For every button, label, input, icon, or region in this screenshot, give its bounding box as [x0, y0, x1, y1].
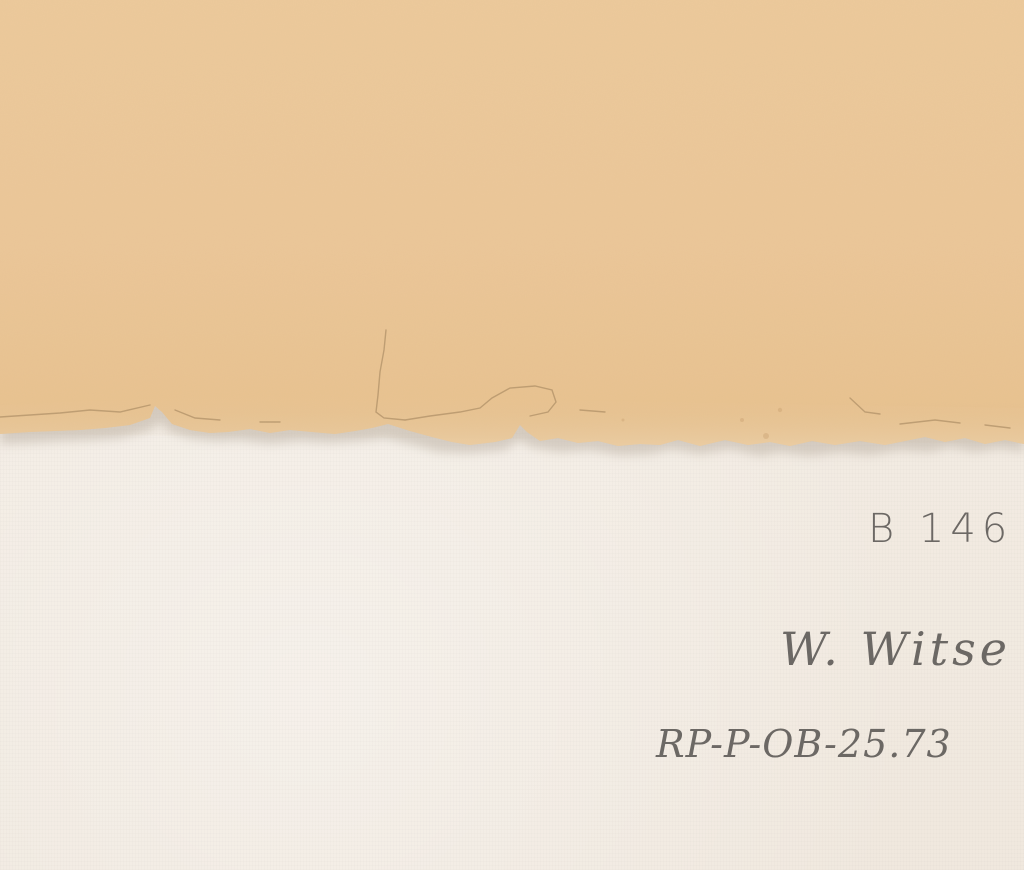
inscription-catalogue-number: B 146 — [868, 506, 1013, 552]
inscription-object-number: RP-P-OB-25.73 — [656, 722, 952, 766]
inscription-artist-name: W. Witse — [780, 622, 1011, 676]
photo-scene: B 146 W. Witse RP-P-OB-25.73 — [0, 0, 1024, 870]
